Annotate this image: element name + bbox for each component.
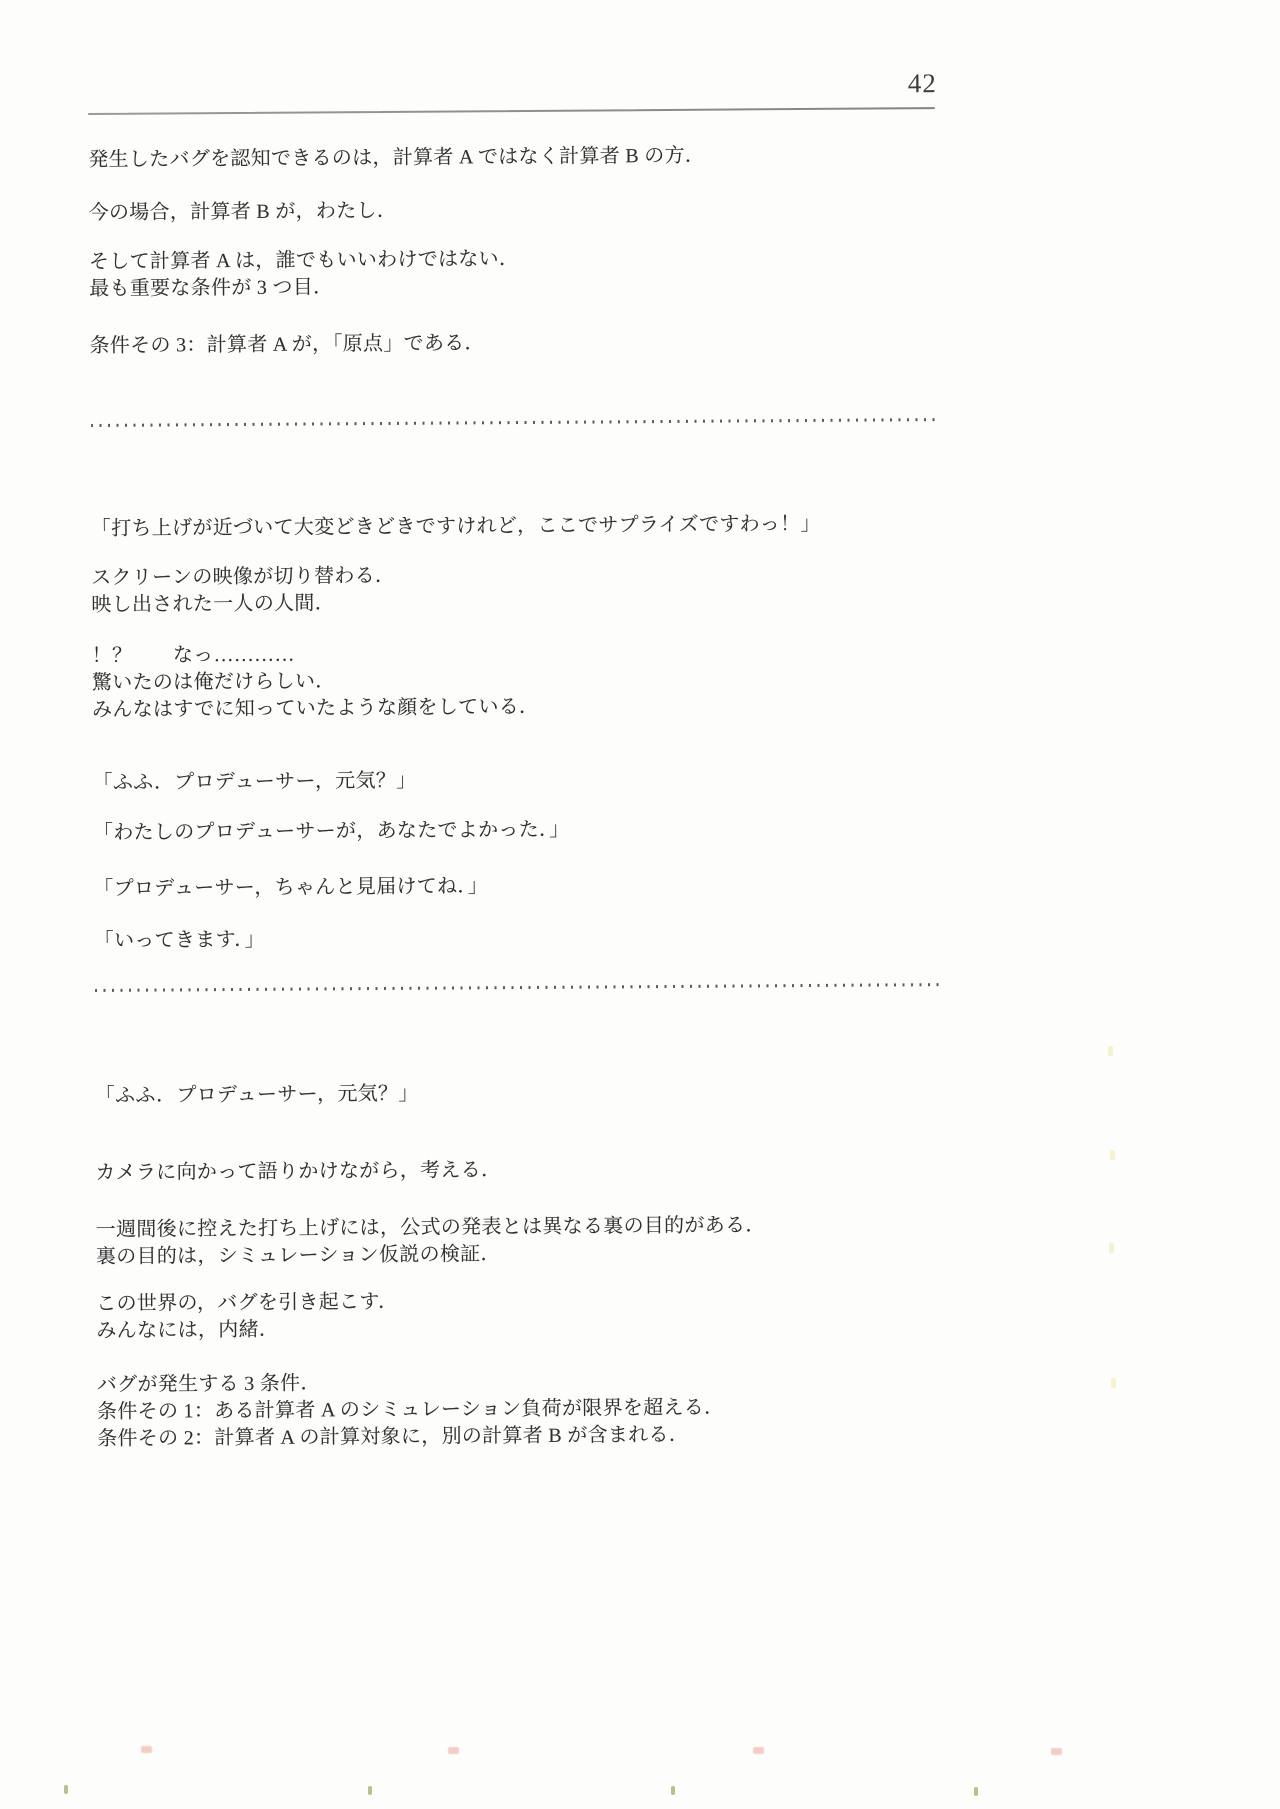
paragraph: スクリーンの映像が切り替わる． 映し出された一人の人間． — [91, 558, 1091, 619]
document-page: 42 発生したバグを認知できるのは，計算者 A ではなく計算者 B の方． 今の… — [0, 0, 1280, 1809]
paragraph: 「プロデューサー，ちゃんと見届けてね．」 — [93, 869, 1093, 903]
paragraph: そして計算者 A は，誰でもいいわけではない． 最も重要な条件が 3 つ目． — [89, 242, 1089, 303]
text-line: 「いってきます．」 — [94, 921, 1094, 955]
paragraph: 「打ち上げが近づいて大変どきどきですけれど，ここでサプライズですわっ！」 — [91, 509, 1091, 543]
paragraph: 「わたしのプロデューサーが，あなたでよかった．」 — [93, 813, 1093, 847]
header-rule — [88, 107, 935, 115]
paragraph: 今の場合，計算者 B が，わたし． — [89, 193, 1089, 227]
paragraph: 「いってきます．」 — [94, 921, 1094, 955]
text-line: 「プロデューサー，ちゃんと見届けてね．」 — [93, 869, 1093, 903]
text-line: 裏の目的は，シミュレーション仮説の検証． — [96, 1237, 1096, 1271]
text-line: 発生したバグを認知できるのは，計算者 A ではなく計算者 B の方． — [88, 140, 1088, 174]
dotted-separator — [91, 418, 935, 427]
scanned-content: 42 発生したバグを認知できるのは，計算者 A ではなく計算者 B の方． 今の… — [0, 0, 1280, 1809]
text-line: 条件その 2：計算者 A の計算対象に，別の計算者 B が含まれる． — [97, 1419, 1097, 1453]
paragraph: 「ふふ．プロデューサー，元気？」 — [95, 1076, 1095, 1110]
text-line: カメラに向かって語りかけながら，考える． — [95, 1153, 1095, 1187]
paragraph: ！？ なっ………… 驚いたのは俺だけらしい． みんなはすでに知っていたような顔を… — [92, 636, 1093, 724]
paragraph: カメラに向かって語りかけながら，考える． — [95, 1153, 1095, 1187]
page-number: 42 — [860, 68, 937, 100]
paragraph: 条件その 3：計算者 A が，「原点」である． — [89, 326, 1089, 360]
text-line: 「ふふ．プロデューサー，元気？」 — [93, 763, 1093, 797]
text-line: 「ふふ．プロデューサー，元気？」 — [95, 1076, 1095, 1110]
text-line: 映し出された一人の人間． — [91, 585, 1091, 619]
paragraph: 「ふふ．プロデューサー，元気？」 — [93, 763, 1093, 797]
paragraph: バグが発生する 3 条件． 条件その 1：ある計算者 A のシミュレーション負荷… — [97, 1365, 1098, 1453]
paragraph: 発生したバグを認知できるのは，計算者 A ではなく計算者 B の方． — [88, 140, 1088, 174]
paragraph: この世界の，バグを引き起こす． みんなには，内緒． — [96, 1284, 1096, 1345]
text-line: みんなはすでに知っていたような顔をしている． — [92, 690, 1092, 724]
text-line: 条件その 3：計算者 A が，「原点」である． — [89, 326, 1089, 360]
text-line: 最も重要な条件が 3 つ目． — [89, 269, 1089, 303]
text-line: 「わたしのプロデューサーが，あなたでよかった．」 — [93, 813, 1093, 847]
paragraph: 一週間後に控えた打ち上げには，公式の発表とは異なる裏の目的がある． 裏の目的は，… — [96, 1210, 1096, 1271]
dotted-separator — [95, 983, 939, 992]
text-line: 「打ち上げが近づいて大変どきどきですけれど，ここでサプライズですわっ！」 — [91, 509, 1091, 543]
text-line: 今の場合，計算者 B が，わたし． — [89, 193, 1089, 227]
text-line: みんなには，内緒． — [96, 1311, 1096, 1345]
